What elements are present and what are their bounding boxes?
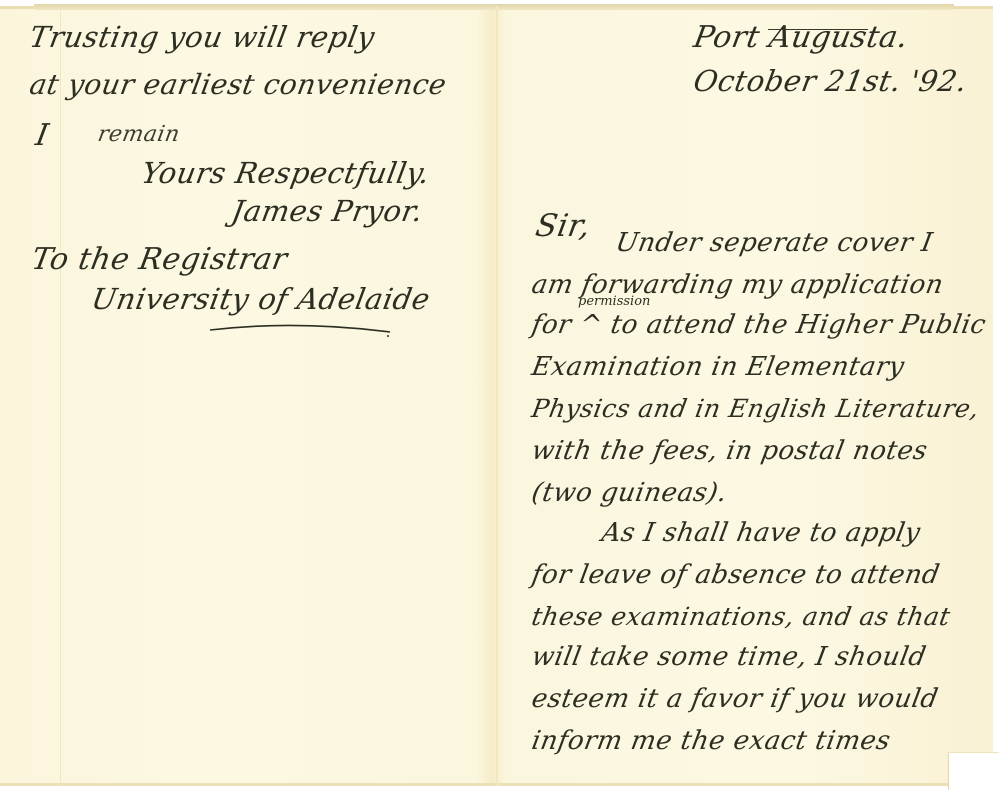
body-line-7: (two guineas). xyxy=(529,478,729,508)
body-line-13: inform me the exact times xyxy=(529,726,893,756)
date-line: October 21st. '92. xyxy=(691,64,970,98)
closing-line-1: Trusting you will reply xyxy=(27,20,378,54)
signoff-line: Yours Respectfully. xyxy=(139,156,432,190)
address-line-1: To the Registrar xyxy=(29,242,290,277)
place-line: Port Augusta. xyxy=(691,20,911,55)
body-line-9: for leave of absence to attend xyxy=(529,560,942,590)
left-page: Trusting you will reply at your earliest… xyxy=(0,0,496,790)
closing-line-remain: remain xyxy=(96,122,182,147)
body-line-8: As I shall have to apply xyxy=(599,518,922,548)
address-line-2: University of Adelaide xyxy=(89,282,433,316)
place-overline xyxy=(768,29,868,30)
body-line-12: esteem it a favor if you would xyxy=(529,684,940,714)
body-line-1: Under seperate cover I xyxy=(613,228,935,258)
body-line-4: Examination in Elementary xyxy=(529,352,906,382)
closing-line-3: I xyxy=(33,118,52,153)
body-line-6: with the fees, in postal notes xyxy=(529,436,930,466)
body-line-3: for ^ to attend the Higher Public xyxy=(529,310,988,340)
signature-flourish xyxy=(205,318,395,338)
right-page: Port Augusta. October 21st. '92. Sir, Un… xyxy=(498,0,993,790)
signature: James Pryor. xyxy=(229,194,426,228)
insertion-text: permission xyxy=(578,294,650,309)
body-line-5: Physics and in English Literature, xyxy=(529,394,981,423)
body-line-10: these examinations, and as that xyxy=(529,602,952,631)
closing-line-2: at your earliest convenience xyxy=(27,68,449,101)
salutation: Sir, xyxy=(533,208,594,244)
body-line-11: will take some time, I should xyxy=(529,642,928,672)
